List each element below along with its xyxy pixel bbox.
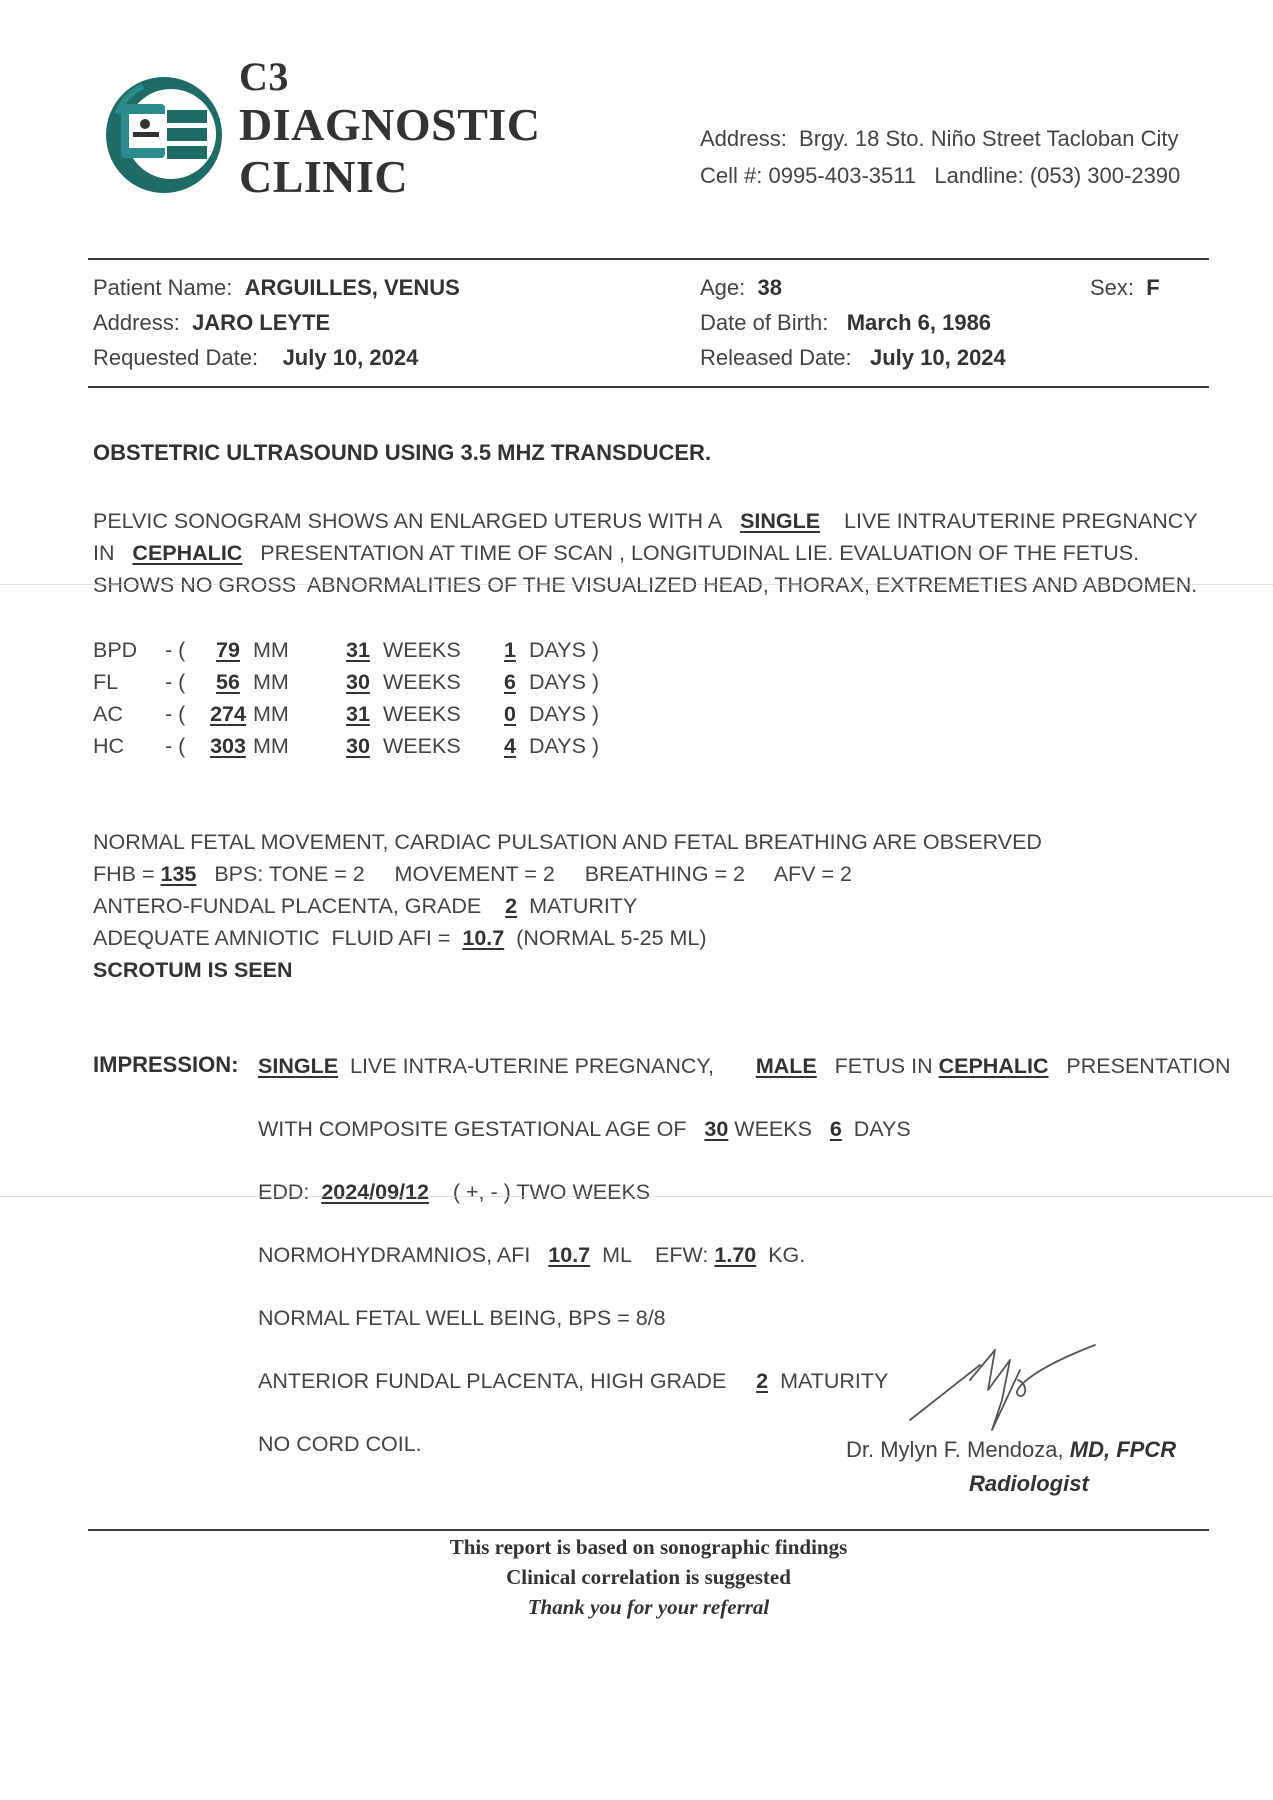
edd-value: 2024/09/12 (321, 1180, 429, 1204)
meas-days: 4 (504, 734, 516, 758)
requested-date-label: Requested Date: (93, 345, 258, 370)
impression-text: PRESENTATION (1066, 1054, 1230, 1078)
sex-label: Sex: (1090, 275, 1134, 300)
fhb-value: 135 (161, 862, 197, 886)
meas-days-cell: 4 (491, 730, 529, 762)
meas-days: 6 (504, 670, 516, 694)
report-footer: This report is based on sonographic find… (88, 1532, 1209, 1622)
meas-mm: 274 (210, 702, 246, 726)
ga-days: 6 (830, 1117, 842, 1141)
doctor-title: Radiologist (846, 1467, 1176, 1501)
meas-label: BPD (93, 638, 137, 662)
efw-value: 1.70 (714, 1243, 756, 1267)
presentation: CEPHALIC (132, 541, 242, 565)
para-text: LIVE INTRAUTERINE PREGNANCY (844, 509, 1198, 533)
meas-unit-cell: DAYS ) (529, 666, 609, 698)
meas-unit-cell: MM (253, 698, 333, 730)
meas-unit: DAYS ) (529, 702, 599, 726)
para-text: IN (93, 541, 115, 565)
meas-unit: MM (253, 638, 289, 662)
meas-unit: WEEKS (383, 734, 461, 758)
meas-label-cell: HC (93, 730, 165, 762)
footer-line2: Clinical correlation is suggested (88, 1562, 1209, 1592)
fetal-sex: MALE (756, 1054, 817, 1078)
released-date: July 10, 2024 (870, 345, 1006, 370)
impression-pregnancy-count: SINGLE (258, 1054, 338, 1078)
meas-dash-cell: - ( (165, 666, 203, 698)
impression-text: ML EFW: (602, 1243, 708, 1267)
divider (88, 258, 1209, 260)
meas-mm-cell: 79 (203, 634, 253, 666)
meas-weeks: 31 (346, 638, 370, 662)
placenta-text: MATURITY (529, 894, 637, 918)
scan-artifact (0, 1196, 1273, 1197)
clinic-contact: Address: Brgy. 18 Sto. Niño Street Taclo… (700, 120, 1180, 194)
meas-unit: DAYS ) (529, 734, 599, 758)
meas-mm: 303 (210, 734, 246, 758)
meas-unit-cell: WEEKS (383, 698, 491, 730)
meas-weeks-cell: 31 (333, 634, 383, 666)
meas-dash: - ( (165, 702, 185, 726)
meas-unit-cell: WEEKS (383, 730, 491, 762)
findings-paragraph: PELVIC SONOGRAM SHOWS AN ENLARGED UTERUS… (93, 505, 1213, 601)
report-title: OBSTETRIC ULTRASOUND USING 3.5 MHZ TRANS… (93, 440, 711, 466)
meas-unit: WEEKS (383, 702, 461, 726)
clinic-name-line3: CLINIC (239, 151, 541, 203)
doctor-credentials: MD, FPCR (1070, 1437, 1176, 1462)
afi-label: ADEQUATE AMNIOTIC FLUID AFI = (93, 926, 450, 950)
pregnancy-count: SINGLE (740, 509, 820, 533)
footer-line3: Thank you for your referral (88, 1592, 1209, 1622)
clinic-phones: Cell #: 0995-403-3511 Landline: (053) 30… (700, 157, 1180, 194)
ga-weeks: 30 (704, 1117, 728, 1141)
clinic-name-line1: C3 (239, 55, 541, 99)
meas-unit-cell: MM (253, 730, 333, 762)
meas-label: FL (93, 670, 118, 694)
meas-weeks-cell: 31 (333, 698, 383, 730)
meas-unit: WEEKS (383, 638, 461, 662)
para-text: PRESENTATION AT TIME OF SCAN , LONGITUDI… (260, 541, 1139, 565)
afi-normal-range: (NORMAL 5-25 ML) (516, 926, 706, 950)
meas-unit-cell: MM (253, 634, 333, 666)
meas-dash-cell: - ( (165, 634, 203, 666)
impression-text: LIVE INTRA-UTERINE PREGNANCY, (350, 1054, 714, 1078)
footer-line1: This report is based on sonographic find… (88, 1532, 1209, 1562)
dob-label: Date of Birth: (700, 310, 828, 335)
age-label: Age: (700, 275, 745, 300)
impression-text: WITH COMPOSITE GESTATIONAL AGE OF (258, 1117, 686, 1141)
clinic-name: C3 DIAGNOSTIC CLINIC (239, 55, 541, 203)
meas-unit-cell: WEEKS (383, 666, 491, 698)
meas-unit: MM (253, 734, 289, 758)
measurement-row: BPD- (79MM31WEEKS1DAYS ) (93, 634, 609, 666)
meas-weeks: 31 (346, 702, 370, 726)
meas-label-cell: BPD (93, 634, 165, 666)
edd-range: ( +, - ) TWO WEEKS (453, 1180, 650, 1204)
released-date-label: Released Date: (700, 345, 852, 370)
impression-text: NORMAL FETAL WELL BEING, BPS = 8/8 (258, 1303, 1230, 1335)
age-value: 38 (758, 275, 782, 300)
meas-dash: - ( (165, 670, 185, 694)
fhb-label: FHB = (93, 862, 155, 886)
meas-dash-cell: - ( (165, 730, 203, 762)
meas-label: HC (93, 734, 124, 758)
meas-unit: MM (253, 702, 289, 726)
meas-unit: WEEKS (383, 670, 461, 694)
findings-line: NORMAL FETAL MOVEMENT, CARDIAC PULSATION… (93, 826, 1042, 858)
meas-label-cell: AC (93, 698, 165, 730)
meas-unit-cell: MM (253, 666, 333, 698)
patient-address: JARO LEYTE (192, 310, 330, 335)
divider (88, 1529, 1209, 1531)
impression-text: WEEKS (734, 1117, 812, 1141)
clinic-name-line2: DIAGNOSTIC (239, 99, 541, 151)
meas-label-cell: FL (93, 666, 165, 698)
afi-value: 10.7 (462, 926, 504, 950)
sex-value: F (1146, 275, 1159, 300)
clinic-logo-icon (103, 74, 225, 196)
requested-date: July 10, 2024 (283, 345, 419, 370)
meas-days-cell: 6 (491, 666, 529, 698)
meas-days: 1 (504, 638, 516, 662)
fetal-findings: NORMAL FETAL MOVEMENT, CARDIAC PULSATION… (93, 826, 1042, 986)
meas-unit: DAYS ) (529, 638, 599, 662)
divider (88, 386, 1209, 388)
meas-weeks: 30 (346, 734, 370, 758)
meas-dash: - ( (165, 734, 185, 758)
impression-text: ANTERIOR FUNDAL PLACENTA, HIGH GRADE (258, 1369, 726, 1393)
meas-mm-cell: 303 (203, 730, 253, 762)
signature-icon (900, 1340, 1110, 1440)
scrotum-note: SCROTUM IS SEEN (93, 954, 1042, 986)
measurement-row: FL- (56MM30WEEKS6DAYS ) (93, 666, 609, 698)
impression-text: MATURITY (780, 1369, 888, 1393)
placenta-grade: 2 (505, 894, 517, 918)
placenta-text: ANTERO-FUNDAL PLACENTA, GRADE (93, 894, 481, 918)
meas-unit-cell: DAYS ) (529, 730, 609, 762)
meas-weeks: 30 (346, 670, 370, 694)
meas-unit: DAYS ) (529, 670, 599, 694)
meas-unit-cell: WEEKS (383, 634, 491, 666)
meas-unit-cell: DAYS ) (529, 698, 609, 730)
dob-value: March 6, 1986 (847, 310, 991, 335)
edd-label: EDD: (258, 1180, 309, 1204)
meas-unit-cell: DAYS ) (529, 634, 609, 666)
meas-dash: - ( (165, 638, 185, 662)
scan-artifact (0, 584, 1273, 585)
impression-text: NORMOHYDRAMNIOS, AFI (258, 1243, 530, 1267)
para-text: SHOWS NO GROSS ABNORMALITIES OF THE VISU… (93, 569, 1213, 601)
doctor-name: Dr. Mylyn F. Mendoza, (846, 1437, 1070, 1462)
impression-text: KG. (768, 1243, 805, 1267)
patient-name: ARGUILLES, VENUS (245, 275, 460, 300)
biometry-table: BPD- (79MM31WEEKS1DAYS )FL- (56MM30WEEKS… (93, 634, 609, 762)
clinic-address: Address: Brgy. 18 Sto. Niño Street Taclo… (700, 120, 1180, 157)
meas-mm-cell: 56 (203, 666, 253, 698)
meas-days: 0 (504, 702, 516, 726)
meas-days-cell: 1 (491, 634, 529, 666)
meas-weeks-cell: 30 (333, 666, 383, 698)
impression-presentation: CEPHALIC (939, 1054, 1049, 1078)
patient-info-right: Age: 38 Date of Birth: March 6, 1986 Rel… (700, 270, 1006, 375)
bps-scores: BPS: TONE = 2 MOVEMENT = 2 BREATHING = 2… (214, 862, 852, 886)
impression-text: FETUS IN (835, 1054, 933, 1078)
signatory: Dr. Mylyn F. Mendoza, MD, FPCR Radiologi… (846, 1433, 1176, 1501)
impression-label: IMPRESSION: (93, 1052, 238, 1078)
patient-address-label: Address: (93, 310, 180, 335)
meas-weeks-cell: 30 (333, 730, 383, 762)
patient-name-label: Patient Name: (93, 275, 232, 300)
meas-dash-cell: - ( (165, 698, 203, 730)
meas-mm-cell: 274 (203, 698, 253, 730)
sex-field: Sex: F (1090, 270, 1160, 305)
meas-unit: MM (253, 670, 289, 694)
measurement-row: AC- (274MM31WEEKS0DAYS ) (93, 698, 609, 730)
meas-mm: 56 (216, 670, 240, 694)
patient-info-left: Patient Name: ARGUILLES, VENUS Address: … (93, 270, 460, 375)
impression-placenta-grade: 2 (756, 1369, 768, 1393)
impression-text: DAYS (854, 1117, 911, 1141)
impression-afi: 10.7 (548, 1243, 590, 1267)
measurement-row: HC- (303MM30WEEKS4DAYS ) (93, 730, 609, 762)
para-text: PELVIC SONOGRAM SHOWS AN ENLARGED UTERUS… (93, 509, 722, 533)
meas-label: AC (93, 702, 123, 726)
meas-mm: 79 (216, 638, 240, 662)
meas-days-cell: 0 (491, 698, 529, 730)
